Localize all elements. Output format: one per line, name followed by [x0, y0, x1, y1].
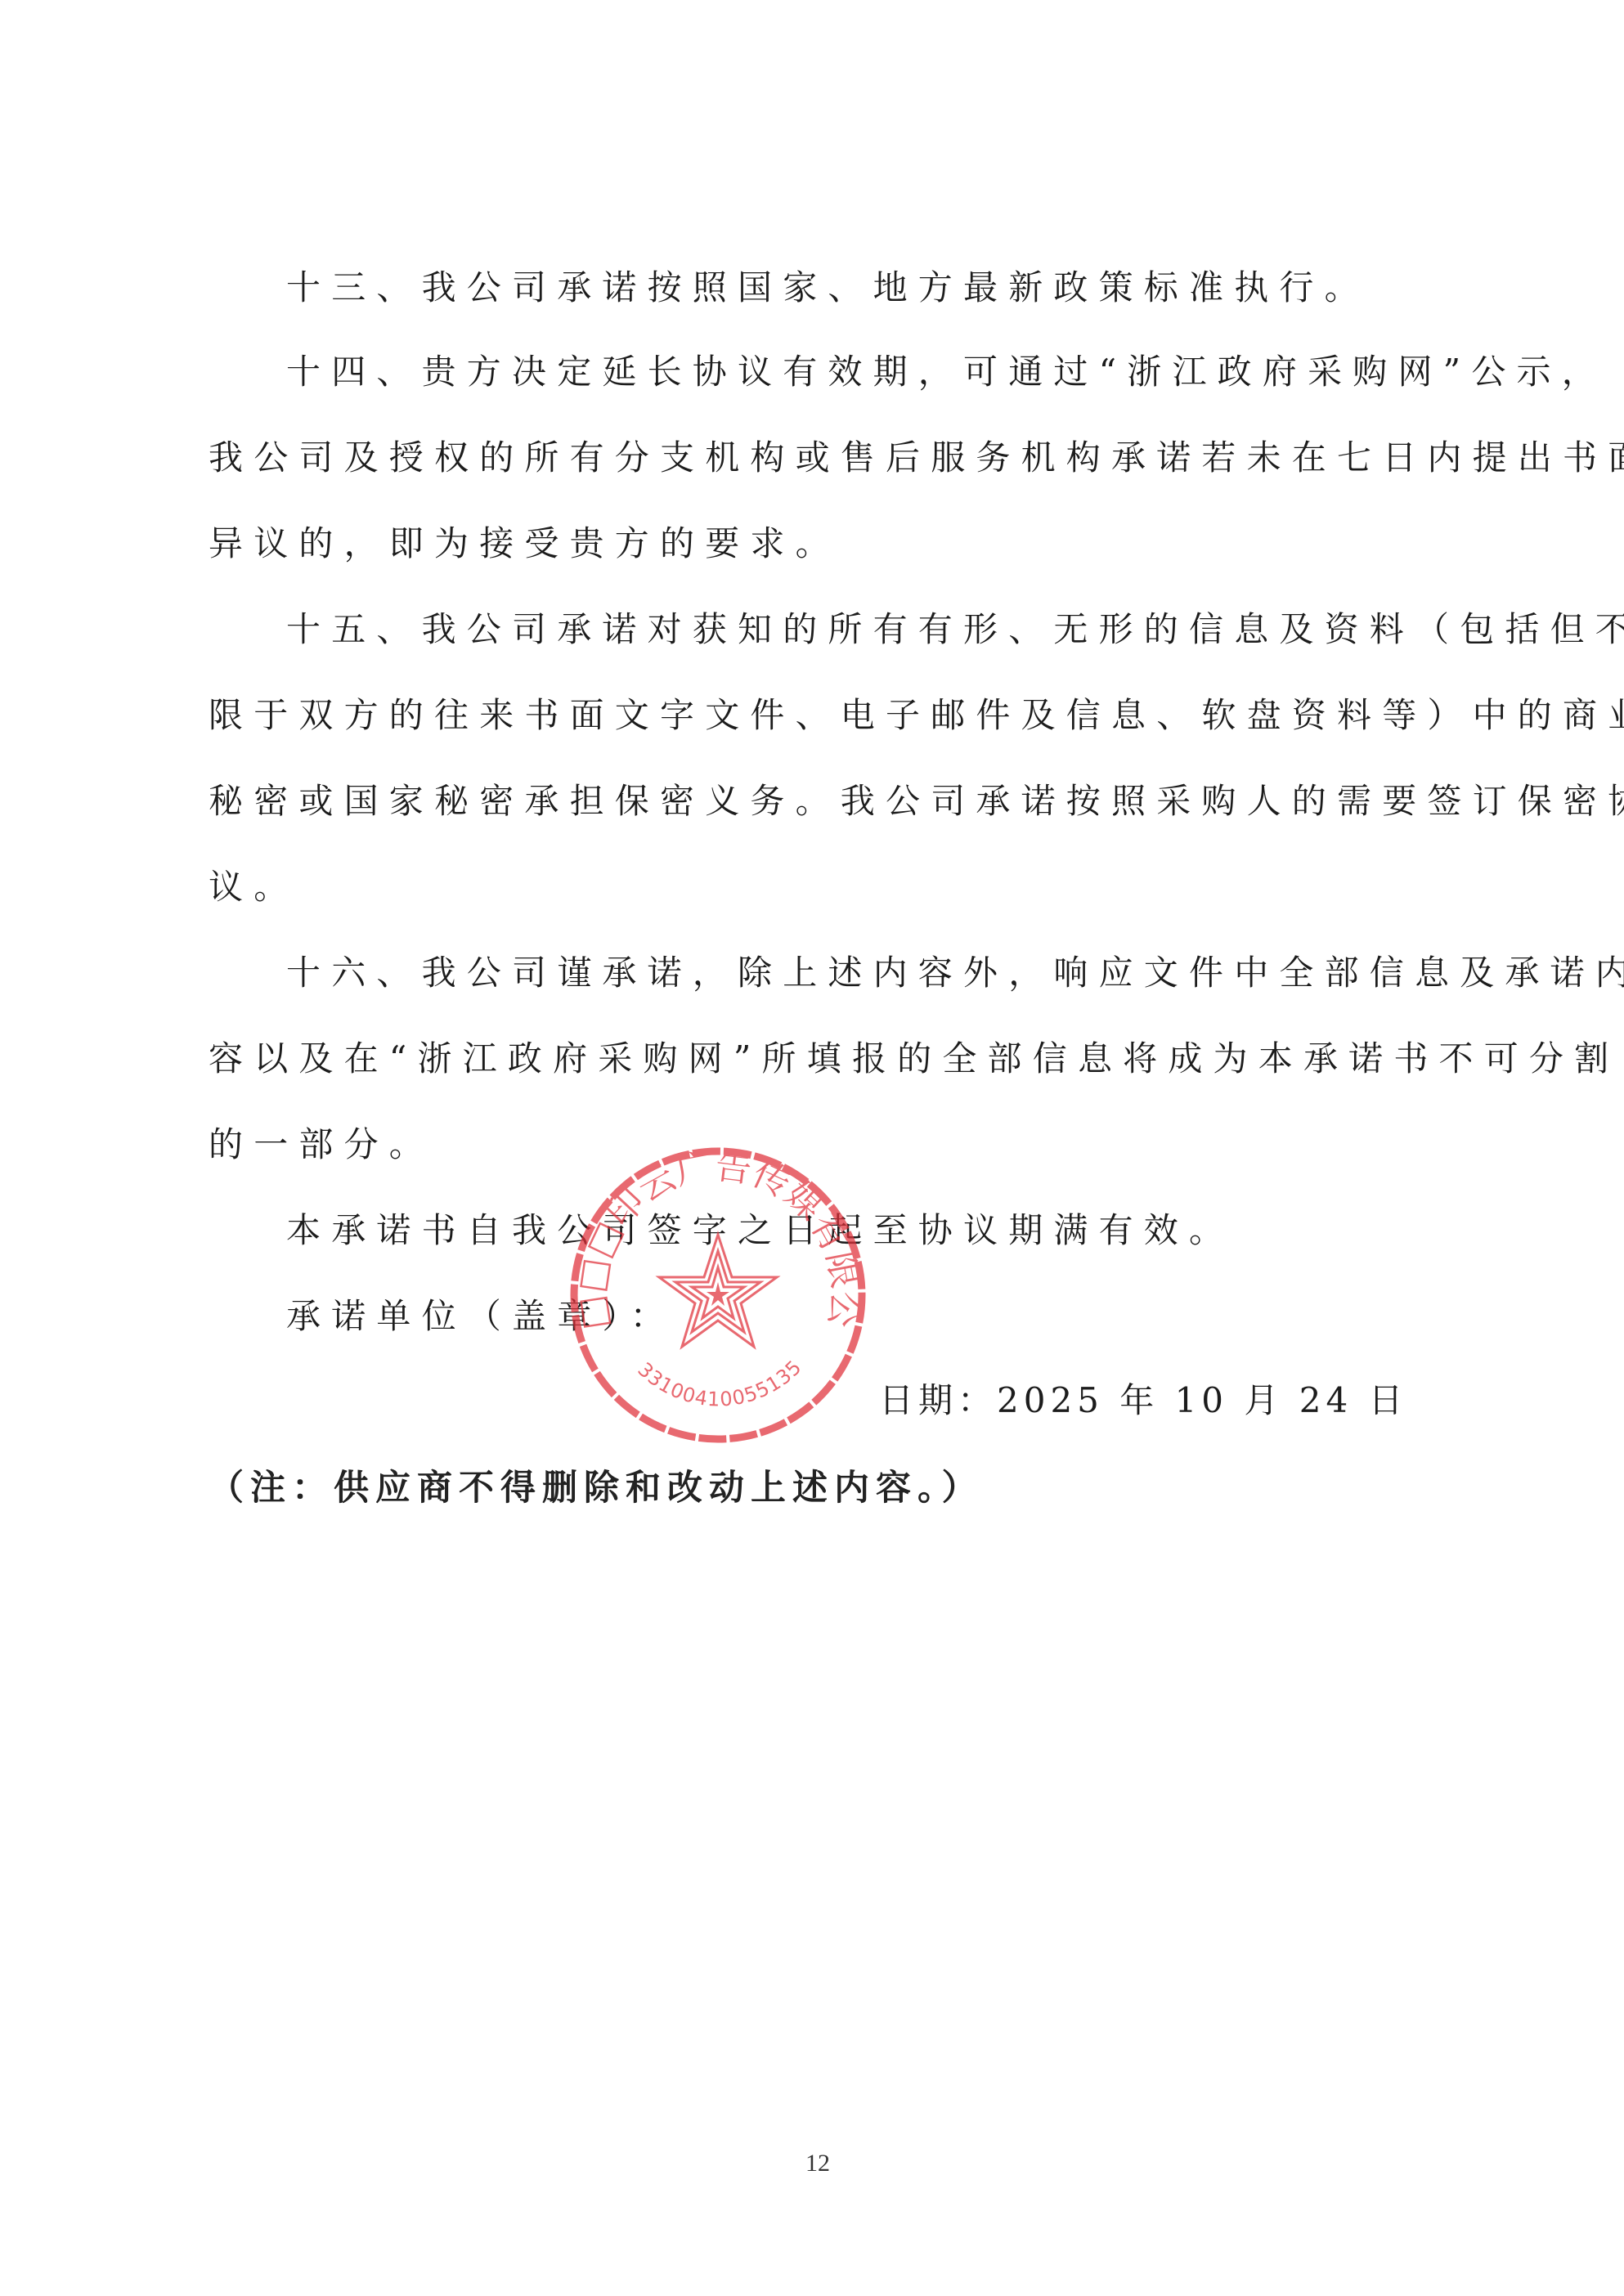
document-page: 十三、我公司承诺按照国家、地方最新政策标准执行。 十四、贵方决定延长协议有效期，…: [0, 0, 1624, 2296]
clause-15-line-2: 限于双方的往来书面文字文件、电子邮件及信息、软盘资料等）中的商业: [209, 691, 1435, 740]
clause-16-line-2: 容以及在“浙江政府采购网”所填报的全部信息将成为本承诺书不可分割: [209, 1034, 1435, 1083]
validity-statement: 本承诺书自我公司签字之日起至协议期满有效。: [286, 1206, 1513, 1255]
supplier-note: （注：供应商不得删除和改动上述内容。）: [209, 1462, 984, 1514]
clause-16-line-1: 十六、我公司谨承诺，除上述内容外，响应文件中全部信息及承诺内: [286, 948, 1513, 998]
clause-14-line-1: 十四、贵方决定延长协议有效期，可通过“浙江政府采购网”公示，: [286, 348, 1513, 397]
signing-date: 日期：2025 年 10 月 24 日: [879, 1376, 1408, 1425]
clause-13-line-1: 十三、我公司承诺按照国家、地方最新政策标准执行。: [286, 263, 1513, 312]
clause-15-line-4: 议。: [209, 863, 1435, 912]
clause-16-line-3: 的一部分。: [209, 1120, 1435, 1169]
seal-code: 33100410055135: [633, 1356, 806, 1411]
clause-15-line-1: 十五、我公司承诺对获知的所有有形、无形的信息及资料（包括但不: [286, 605, 1513, 654]
page-number: 12: [805, 2149, 830, 2178]
signatory-label: 承诺单位（盖章）：: [286, 1292, 1513, 1341]
clause-14-line-3: 异议的，即为接受贵方的要求。: [209, 519, 1435, 568]
clause-15-line-3: 秘密或国家秘密承担保密义务。我公司承诺按照采购人的需要签订保密协: [209, 777, 1435, 826]
clause-14-line-2: 我公司及授权的所有分支机构或售后服务机构承诺若未在七日内提出书面: [209, 433, 1435, 482]
